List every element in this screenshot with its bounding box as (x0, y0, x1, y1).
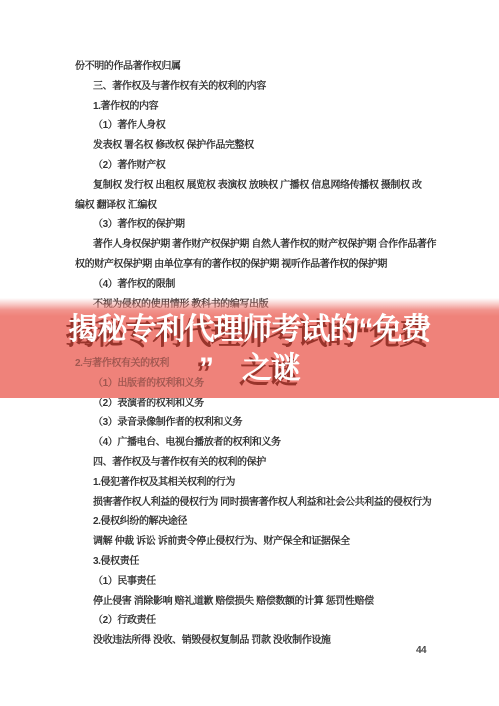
doc-line: （2）行政责任 (75, 611, 499, 631)
doc-line: 编权 翻译权 汇编权 (75, 196, 499, 216)
doc-line: （3）著作权的保护期 (75, 215, 499, 235)
doc-line: 四、著作权及与著作权有关的权利的保护 (75, 453, 499, 473)
doc-line: 没收违法所得 没收、销毁侵权复制品 罚款 没收制作设施 (75, 631, 499, 651)
doc-line: 损害著作权人利益的侵权行为 同时损害著作权人利益和社会公共利益的侵权行为 (75, 493, 499, 513)
doc-line: （1）著作人身权 (75, 116, 499, 136)
doc-line: 停止侵害 消除影响 赔礼道歉 赔偿损失 赔偿数额的计算 惩罚性赔偿 (75, 592, 499, 612)
doc-line: （2）著作财产权 (75, 156, 499, 176)
doc-line: 3.侵权责任 (75, 552, 499, 572)
doc-line: 复制权 发行权 出租权 展览权 表演权 放映权 广播权 信息网络传播权 摄制权 … (75, 176, 499, 196)
doc-line: 份不明的作品著作权归属 (75, 57, 499, 77)
doc-line: （1）民事责任 (75, 572, 499, 592)
document-page: 份不明的作品著作权归属三、著作权及与著作权有关的权利的内容1.著作权的内容（1）… (0, 0, 499, 706)
page-number: 44 (416, 645, 426, 656)
doc-line: 发表权 署名权 修改权 保护作品完整权 (75, 136, 499, 156)
doc-line: 权的财产权保护期 由单位享有的著作权的保护期 视听作品著作权的保护期 (75, 255, 499, 275)
doc-line: 著作人身权保护期 著作财产权保护期 自然人著作权的财产权保护期 合作作品著作 (75, 235, 499, 255)
doc-line: 2.侵权纠纷的解决途径 (75, 512, 499, 532)
doc-line: （4）著作权的限制 (75, 275, 499, 295)
banner-title-line1: 揭秘专利代理师考试的“免费 (0, 311, 499, 349)
doc-line: 调解 仲裁 诉讼 诉前责令停止侵权行为、财产保全和证据保全 (75, 532, 499, 552)
doc-line: （4）广播电台、电视台播放者的权利和义务 (75, 433, 499, 453)
doc-line: 1.侵犯著作权及其相关权利的行为 (75, 473, 499, 493)
banner-title-line2: ” 之谜 (0, 350, 499, 388)
banner-title: 揭秘专利代理师考试的“免费 ” 之谜 (0, 311, 499, 388)
doc-line: 1.著作权的内容 (75, 97, 499, 117)
doc-line: （3）录音录像制作者的权利和义务 (75, 413, 499, 433)
doc-line: 三、著作权及与著作权有关的权利的内容 (75, 77, 499, 97)
